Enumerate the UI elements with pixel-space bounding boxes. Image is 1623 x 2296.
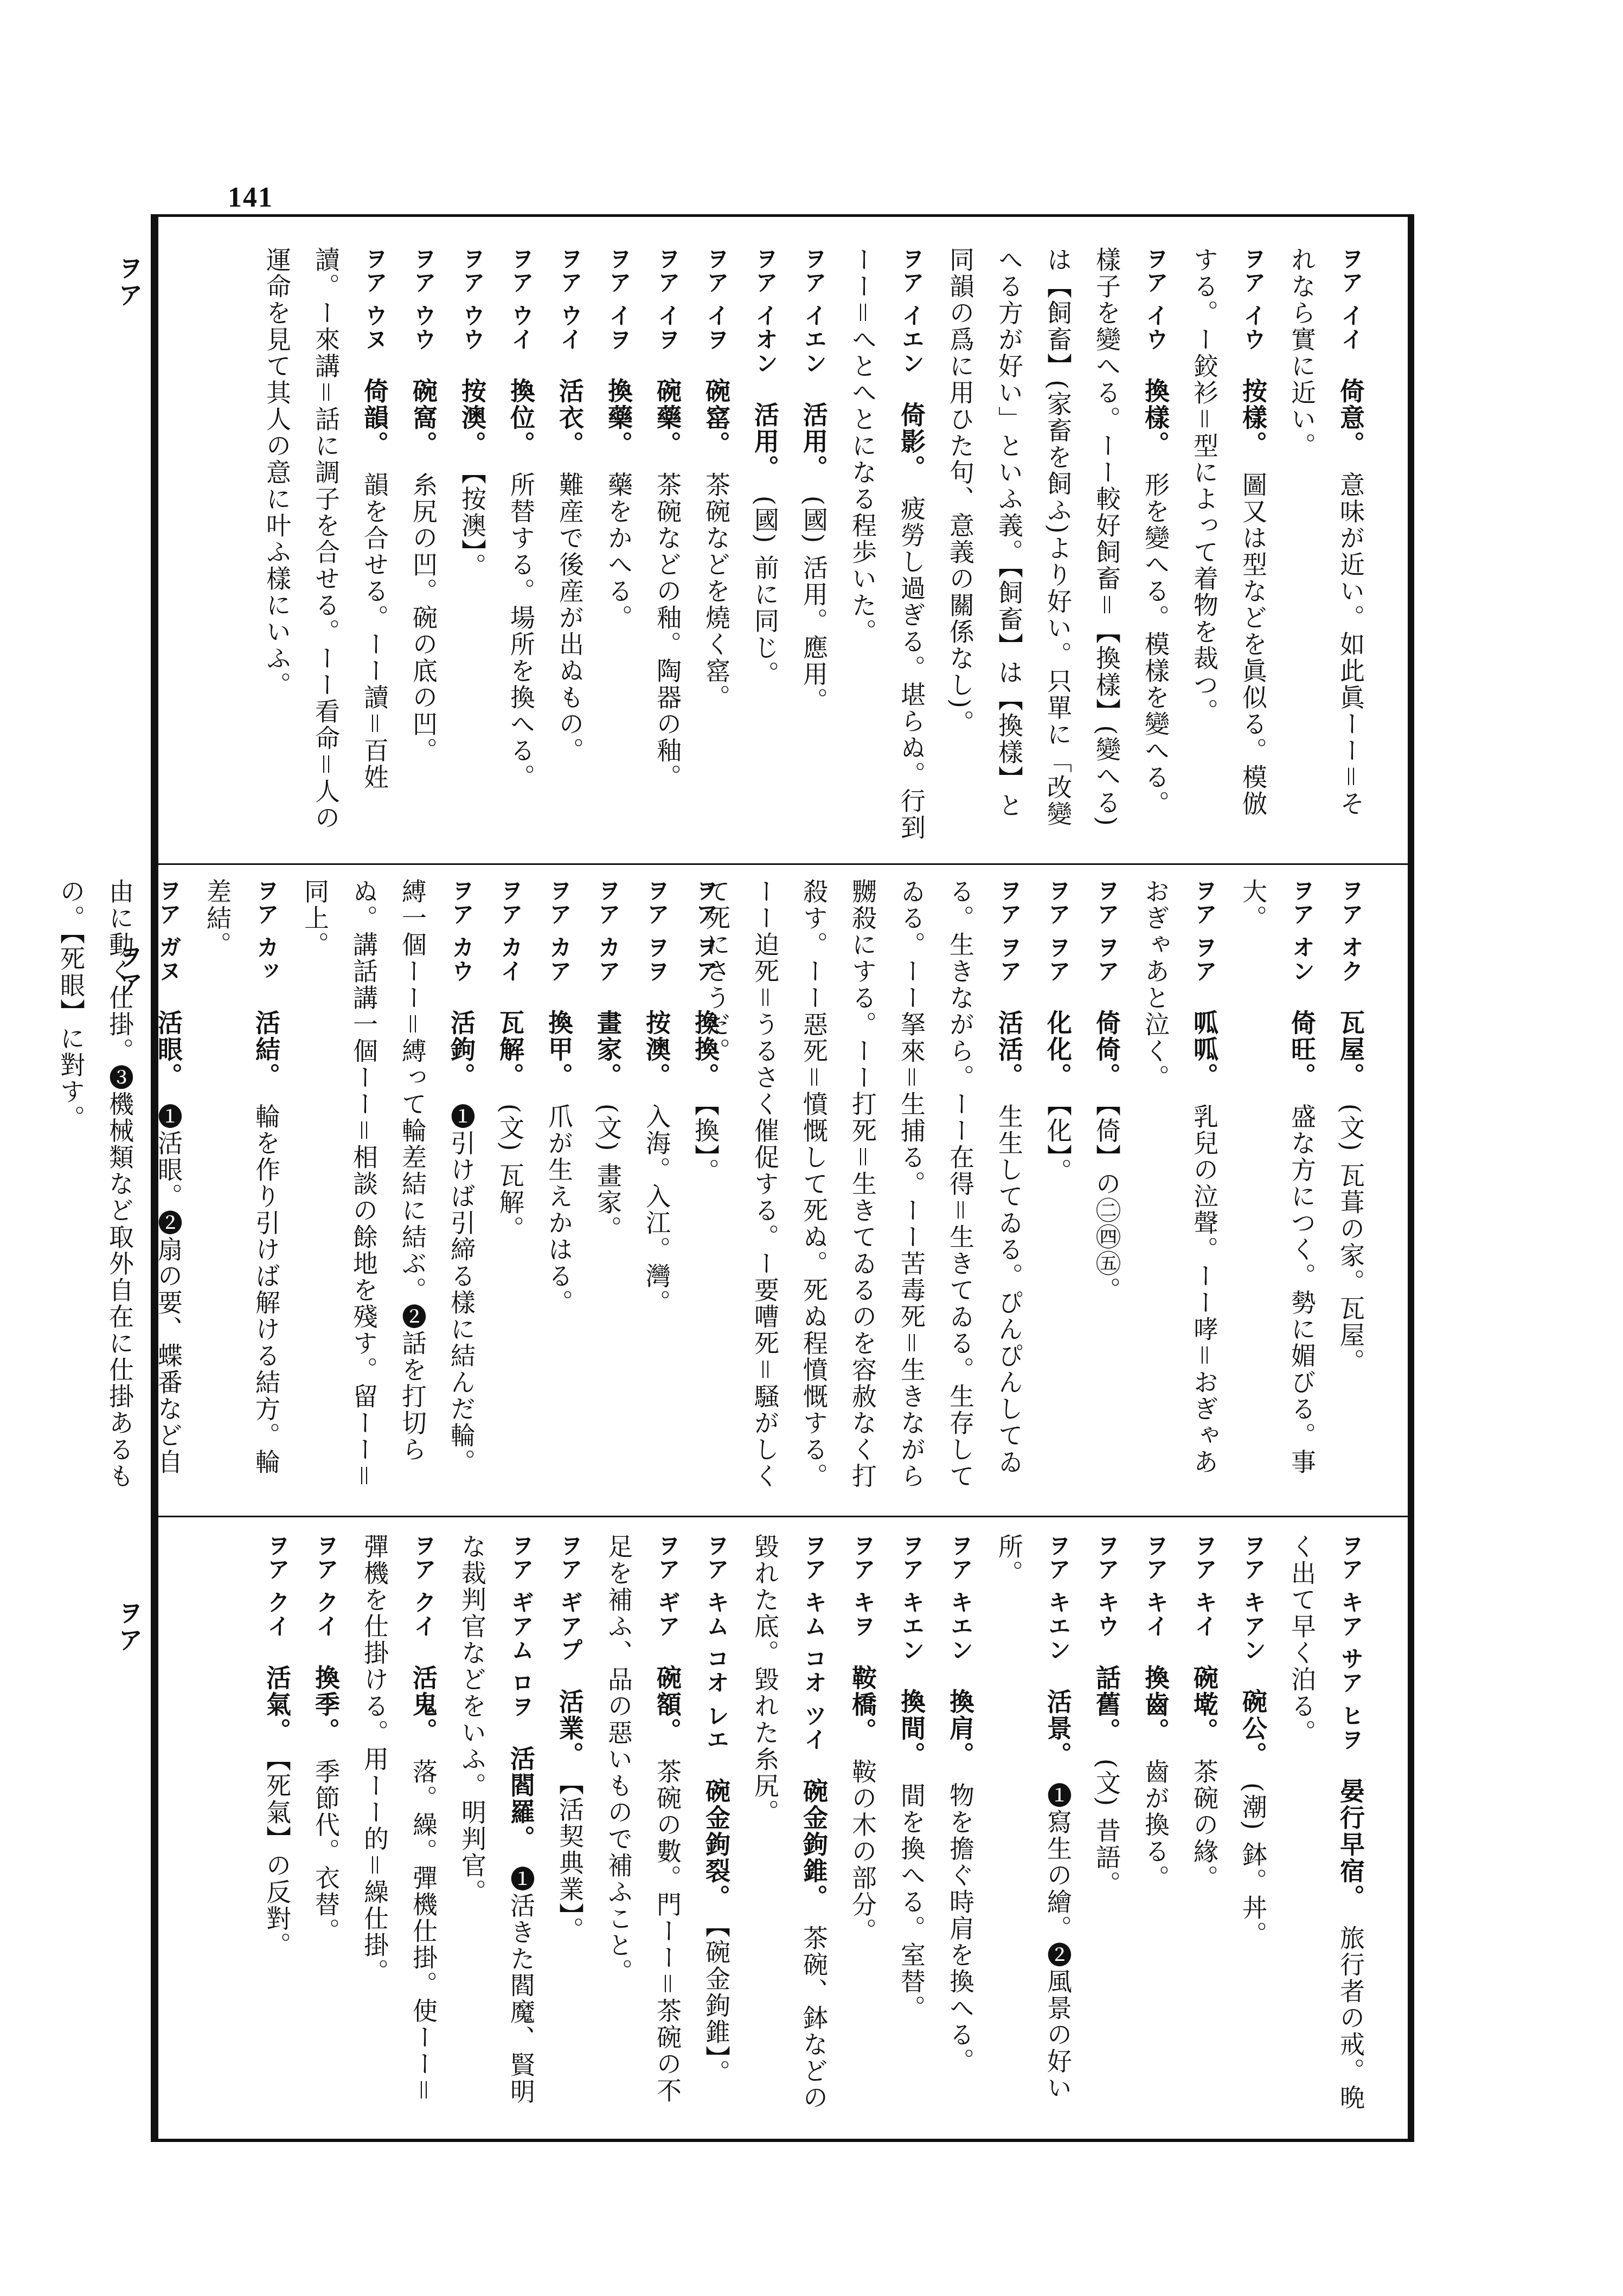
entry: ヲア ヲア 活活。 生生してゐる。ぴんぴんしてゐる。生きながら。ーー在得＝生きて… bbox=[730, 878, 1034, 1494]
entry: ヲア キム コオ ツイ 碗金鉤錐。 茶碗、鉢などの毀れた底。毀れた糸尻。 bbox=[741, 1534, 838, 2117]
entry: ヲア オク 瓦屋。 (文) 瓦葺の家。瓦屋。 bbox=[1326, 878, 1375, 1494]
entry: ヲア イヲ 碗窰。 茶碗などを燒く窰。 bbox=[692, 247, 741, 842]
entries-bottom: ヲア キア サア ヒヲ 晏行早宿。 旅行者の戒。晩く出て早く泊る。 ヲア キアン… bbox=[180, 1534, 1375, 2117]
page-number: 141 bbox=[228, 182, 273, 214]
entry: ヲア カッ 活結。 輪を作り引けば解ける結方。輪差結。 bbox=[193, 878, 291, 1494]
entry: ヲア ヲア 化化。 【化】。 bbox=[1034, 878, 1082, 1494]
margin-label-top: ヲア bbox=[117, 255, 142, 309]
entry: ヲア ギア 碗額。 茶碗の數。門ーー＝茶碗の不足を補ふ、品の惡いもので補ふこと。 bbox=[594, 1534, 692, 2117]
band-bottom: ヲア キア サア ヒヲ 晏行早宿。 旅行者の戒。晩く出て早く泊る。 ヲア キアン… bbox=[158, 1517, 1408, 2138]
entry: ヲア ウイ 換位。 所替する。場所を換へる。 bbox=[497, 247, 546, 842]
entry: ヲア ギアム ロヲ 活閻羅。 ❶活きた閻魔、賢明な裁判官などをいふ。明判官。 bbox=[448, 1534, 546, 2117]
entry: ヲア オン 倚旺。 盛な方につく。勢に媚びる。事大。 bbox=[1229, 878, 1326, 1494]
entry: ヲア ウイ 活衣。 難産で後産が出ぬもの。 bbox=[546, 247, 594, 842]
entry: ヲア クイ 活氣。 【死氣】の反對。 bbox=[253, 1534, 301, 2117]
entries-middle: ヲア オク 瓦屋。 (文) 瓦葺の家。瓦屋。 ヲア オン 倚旺。 盛な方につく。… bbox=[180, 878, 1375, 1494]
entry: ヲア ウヌ 倚韻。 韻を合せる。ーー讀＝百姓讀。ー來講＝話に調子を合せる。ーー看… bbox=[253, 247, 399, 842]
dictionary-frame: ヲア イイ 倚意。 意味が近い。如此眞ーー＝それなら實に近い。 ヲア イウ 按樣… bbox=[151, 214, 1414, 2142]
entry: ヲア イヲ 換藥。 藥をかへる。 bbox=[594, 247, 643, 842]
entries-top: ヲア イイ 倚意。 意味が近い。如此眞ーー＝それなら實に近い。 ヲア イウ 按樣… bbox=[180, 247, 1375, 842]
entry: ヲア ヲア 呱呱。 乳兒の泣聲。ーー哮＝おぎゃあおぎゃあと泣く。 bbox=[1131, 878, 1229, 1494]
entry: ヲア キエン 活景。 ❶寫生の繪。❷風景の好い所。 bbox=[985, 1534, 1082, 2117]
entry: ヲア カウ 活鉤。 ❶引けば引締る樣に結んだ輪。縛一個ーー＝縛って輪差結に結ぶ。… bbox=[291, 878, 486, 1494]
entry: ヲア イエン 倚影。 疲勞し過ぎる。堪らぬ。行到ーー＝へとへとになる程歩いた。 bbox=[838, 247, 936, 842]
entry: ヲア カイ 瓦解。 (文) 瓦解。 bbox=[486, 878, 535, 1494]
entry: ヲア ウウ 按澳。 【按澳】。 bbox=[448, 247, 497, 842]
entry: ヲア イヲ 碗藥。 茶碗などの釉。陶器の釉。 bbox=[643, 247, 692, 842]
entry: ヲア イイ 倚意。 意味が近い。如此眞ーー＝それなら實に近い。 bbox=[1278, 247, 1375, 842]
entry: ヲア イウ 換樣。 形を變へる。模樣を變へる。樣子を變へる。ーー較好飼畜＝【換樣… bbox=[936, 247, 1180, 842]
entry: ヲア キヲ 鞍橋。 鞍の木の部分。 bbox=[838, 1534, 887, 2117]
entry: ヲア イウ 按樣。 圖又は型などを眞似る。模倣する。ー鉸衫＝型によって着物を裁つ… bbox=[1180, 247, 1278, 842]
entry: ヲア キエン 換間。 間を換へる。室替。 bbox=[887, 1534, 936, 2117]
entry: ヲア イオン 活用。 (國) 前に同じ。 bbox=[741, 247, 790, 842]
entry: ヲア ギアプ 活業。 【活契典業】。 bbox=[546, 1534, 594, 2117]
entry: ヲア イエン 活用。 (國) 活用。應用。 bbox=[790, 247, 838, 842]
entry: ヲア ヲア 倚倚。 【倚】の㊁㊃㊄。 bbox=[1082, 878, 1131, 1494]
band-middle: ヲア オク 瓦屋。 (文) 瓦葺の家。瓦屋。 ヲア オン 倚旺。 盛な方につく。… bbox=[158, 865, 1408, 1516]
entry: ヲア カア 畫家。 (文) 畫家。 bbox=[583, 878, 632, 1494]
entry: ヲア キウ 話舊。 (文) 昔語。 bbox=[1082, 1534, 1131, 2117]
entry: ヲア キム コオ レエ 碗金鉤裂。 【碗金鉤錐】。 bbox=[692, 1534, 741, 2117]
margin-label-bottom: ヲア bbox=[117, 1600, 142, 1654]
entry: ヲア クイ 活鬼。 落。繰。彈機仕掛。使ーー＝彈機を仕掛ける。用ーー的＝繰仕掛。 bbox=[350, 1534, 448, 2117]
entry: ヲア キアン 碗公。 (潮) 鉢。丼。 bbox=[1229, 1534, 1278, 2117]
entry: ヲア キエン 換肩。 物を擔ぐ時肩を換へる。 bbox=[936, 1534, 985, 2117]
entry: ヲア ウウ 碗窩。 糸尻の凹。碗の底の凹。 bbox=[399, 247, 448, 842]
entry: ヲア クイ 換季。 季節代。衣替。 bbox=[301, 1534, 350, 2117]
entry: ヲア ヲヲ 按澳。 入海。入江。灣。 bbox=[632, 878, 681, 1494]
entry: ヲア ガヌ 活眼。 ❶活眼。❷扇の要、蝶番など自由に動く仕掛。❸機械類など取外自… bbox=[47, 878, 193, 1494]
band-top: ヲア イイ 倚意。 意味が近い。如此眞ーー＝それなら實に近い。 ヲア イウ 按樣… bbox=[158, 217, 1408, 863]
entry: ヲア キイ 換齒。 齒が換る。 bbox=[1131, 1534, 1180, 2117]
entry: ヲア キイ 碗墘。 茶碗の緣。 bbox=[1180, 1534, 1229, 2117]
entry: ヲア キア サア ヒヲ 晏行早宿。 旅行者の戒。晩く出て早く泊る。 bbox=[1278, 1534, 1375, 2117]
entry: ヲア カア 換甲。 爪が生えかはる。 bbox=[535, 878, 583, 1494]
